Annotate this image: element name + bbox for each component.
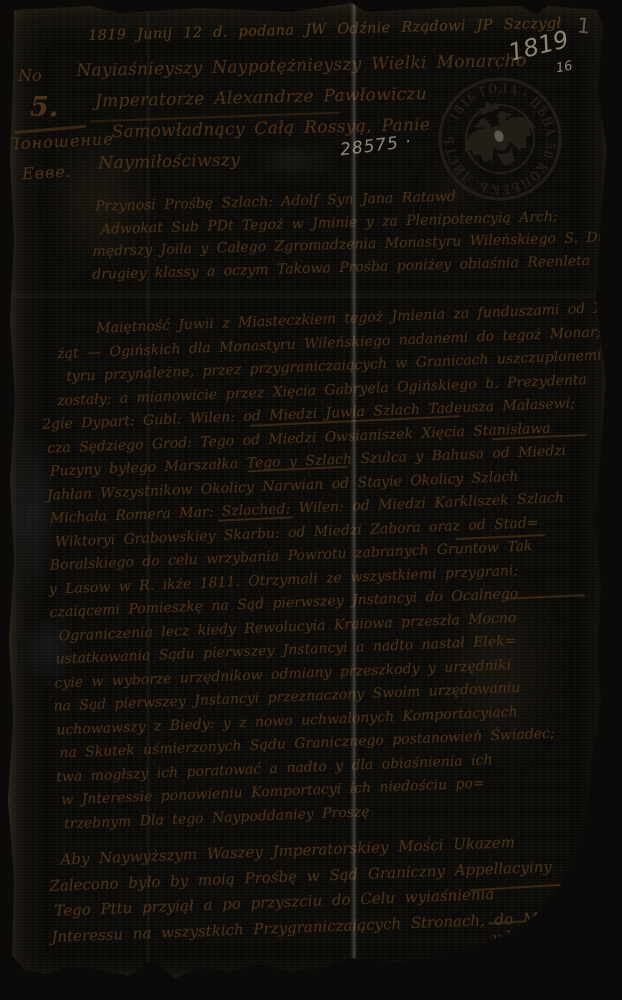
closing-line: Jnteressu na wszystkich Przygraniczaiący… <box>51 903 607 950</box>
photograph-background: 1 1819 16 28575 · No 5. Поношение Евве. … <box>0 0 622 1000</box>
body-line: uchowawszy z Biedy: y z nowo uchwalonych… <box>56 695 622 742</box>
underline-stroke <box>250 415 460 426</box>
underline-stroke <box>218 516 293 521</box>
body-line: ustatkowania Sądu pierwszey Jnstancyi a … <box>55 625 622 672</box>
underline-flourish-stroke <box>488 917 573 924</box>
intro-line: drugiey klassy a oczym Takowa Prośba pon… <box>92 248 622 286</box>
body-line: trzebnym Dla tego Naypoddaniey Proszę <box>64 789 622 836</box>
body-line: cyie w wyborze urzędnikow odmiany przesz… <box>54 649 622 696</box>
margin-no-label: No <box>18 66 42 85</box>
salutation-line: Jmperatorze Alexandrze Pawłowiczu <box>95 77 528 118</box>
filing-dateline: 1819 Junij 12 d. podana JW Odźnie Rządow… <box>88 16 562 44</box>
body-line: y Lasow w R. ikże 1811. Otrzymali ze wsz… <box>48 555 622 602</box>
closing-line: Tego Pttu przyiął a po przyszciu do Celu… <box>54 878 606 925</box>
salutation-line: Nayiaśnieyszy Naypotężnieyszy Wielki Mon… <box>76 46 527 87</box>
body-line: w Jnteressie ponowieniu Komportacyi ich … <box>61 766 622 813</box>
underline-stroke <box>455 534 545 540</box>
body-line: Wiktoryi Grabowskiey Skarbu: od Miedzi Z… <box>54 508 622 555</box>
body-line: twa mogłszy ich poratować a nadto y dla … <box>56 742 622 789</box>
margin-cyrillic-note: Поношение <box>6 129 115 154</box>
underline-stroke <box>470 883 580 891</box>
archival-page-number: 1 <box>576 13 592 38</box>
intro-line: Przynosi Prośbę Szlach: Adolf Syn Jana R… <box>95 181 622 218</box>
body-line: Ograniczenia lecz kiedy Rewolucyia Kraio… <box>58 602 622 649</box>
ink-bleedthrough-smudge <box>12 420 58 610</box>
main-body-paragraph: Maiętność Juwii z Miasteczkiem tegoż Jmi… <box>38 296 622 836</box>
body-line: cza Sędziego Grod: Tego od Miedzi Owsian… <box>47 414 622 461</box>
underline-stroke <box>505 594 585 599</box>
body-line: Maiętność Juwii z Miasteczkiem tegoż Jmi… <box>96 296 622 341</box>
intro-line: Adwokat Sub PDt Tegoż w Jminie y za Plen… <box>101 203 622 240</box>
margin-case-number: 5. <box>30 92 58 123</box>
revenue-stamp-graphic: ЛИСТЪ · 1816 ГОДА · ЦѢНА 50 КОПѢЕКЪ <box>417 56 584 223</box>
body-line: żąt — Ogińskich dla Monastyru Wileńskieg… <box>57 320 622 366</box>
margin-underline-stroke <box>14 125 86 134</box>
intro-line: mędrszy Joila y Całego Zgromadzenia Mona… <box>92 226 622 264</box>
body-line: zostały; a mianowicie przez Xięcia Gabry… <box>57 367 622 414</box>
body-line: Jahłan Wszystnikow Okolicy Narwian od St… <box>47 461 622 508</box>
intro-paragraph: Przynosi Prośbę Szlach: Adolf Syn Jana R… <box>88 181 622 286</box>
closing-signoff: y Miasteczka <box>492 923 592 946</box>
salutation-block: Nayiaśnieyszy Naypotężnieyszy Wielki Mon… <box>76 46 529 180</box>
paper-stain <box>430 560 570 780</box>
body-line: Michała Romera Mar: Szlached: Wilen: od … <box>50 484 622 531</box>
margin-cyrillic-note: Евве. <box>22 162 73 184</box>
ink-bleedthrough-smudge <box>22 610 76 690</box>
pencil-year-note: 1819 <box>506 25 572 67</box>
salutation-line: Naymiłościwszy <box>98 139 529 180</box>
body-line: Boralskiego do celu wrzybania Powrotu za… <box>49 531 622 578</box>
document-page: 1 1819 16 28575 · No 5. Поношение Евве. … <box>0 0 622 1000</box>
body-line: na Skutek uśmierzonych Sądu Granicznego … <box>59 719 622 766</box>
paper-stain <box>250 140 340 180</box>
underline-stroke <box>248 466 348 472</box>
body-line: tyru przynależne, przez przygraniczaiący… <box>66 343 622 389</box>
stamp-ink-smudge <box>420 150 490 230</box>
closing-line: Zalecono było by moią Prośbę w Sąd Grani… <box>49 852 605 899</box>
underline-stroke <box>492 434 587 440</box>
paper-stain <box>40 120 160 280</box>
revenue-stamp: ЛИСТЪ · 1816 ГОДА · ЦѢНА 50 КОПѢЕКЪ <box>417 56 584 223</box>
body-line: Puzyny byłego Marszałka Tego y Szlach Sz… <box>50 437 622 484</box>
pencil-registry-number: 28575 · <box>339 132 413 161</box>
pencil-year-small-note: 16 <box>555 59 574 77</box>
double-headed-eagle-icon <box>451 88 546 177</box>
body-line: na Sąd pierwszey Jnstancyi przeznaczony … <box>53 672 622 719</box>
salutation-line: Samowładnący Całą Rossyą, Panie <box>111 108 528 148</box>
svg-text:ЛИСТЪ · 1816 ГОДА · ЦѢНА 50 КО: ЛИСТЪ · 1816 ГОДА · ЦѢНА 50 КОПѢЕКЪ <box>419 58 581 220</box>
body-line: 2gie Dypart: Gubl: Wilen: od Miedzi Juwi… <box>42 390 622 437</box>
closing-paragraph: Aby Naywyższym Waszey Jmperatorskiey Moś… <box>48 827 607 950</box>
stamp-circular-text: ЛИСТЪ · 1816 ГОДА · ЦѢНА 50 КОПѢЕКЪ <box>419 58 581 220</box>
body-line: czaiącemi Pomieszkę na Sąd pierwszey Jns… <box>49 578 622 625</box>
salutation-underline-stroke <box>90 112 340 122</box>
closing-line: Aby Naywyższym Waszey Jmperatorskiey Moś… <box>60 827 604 873</box>
